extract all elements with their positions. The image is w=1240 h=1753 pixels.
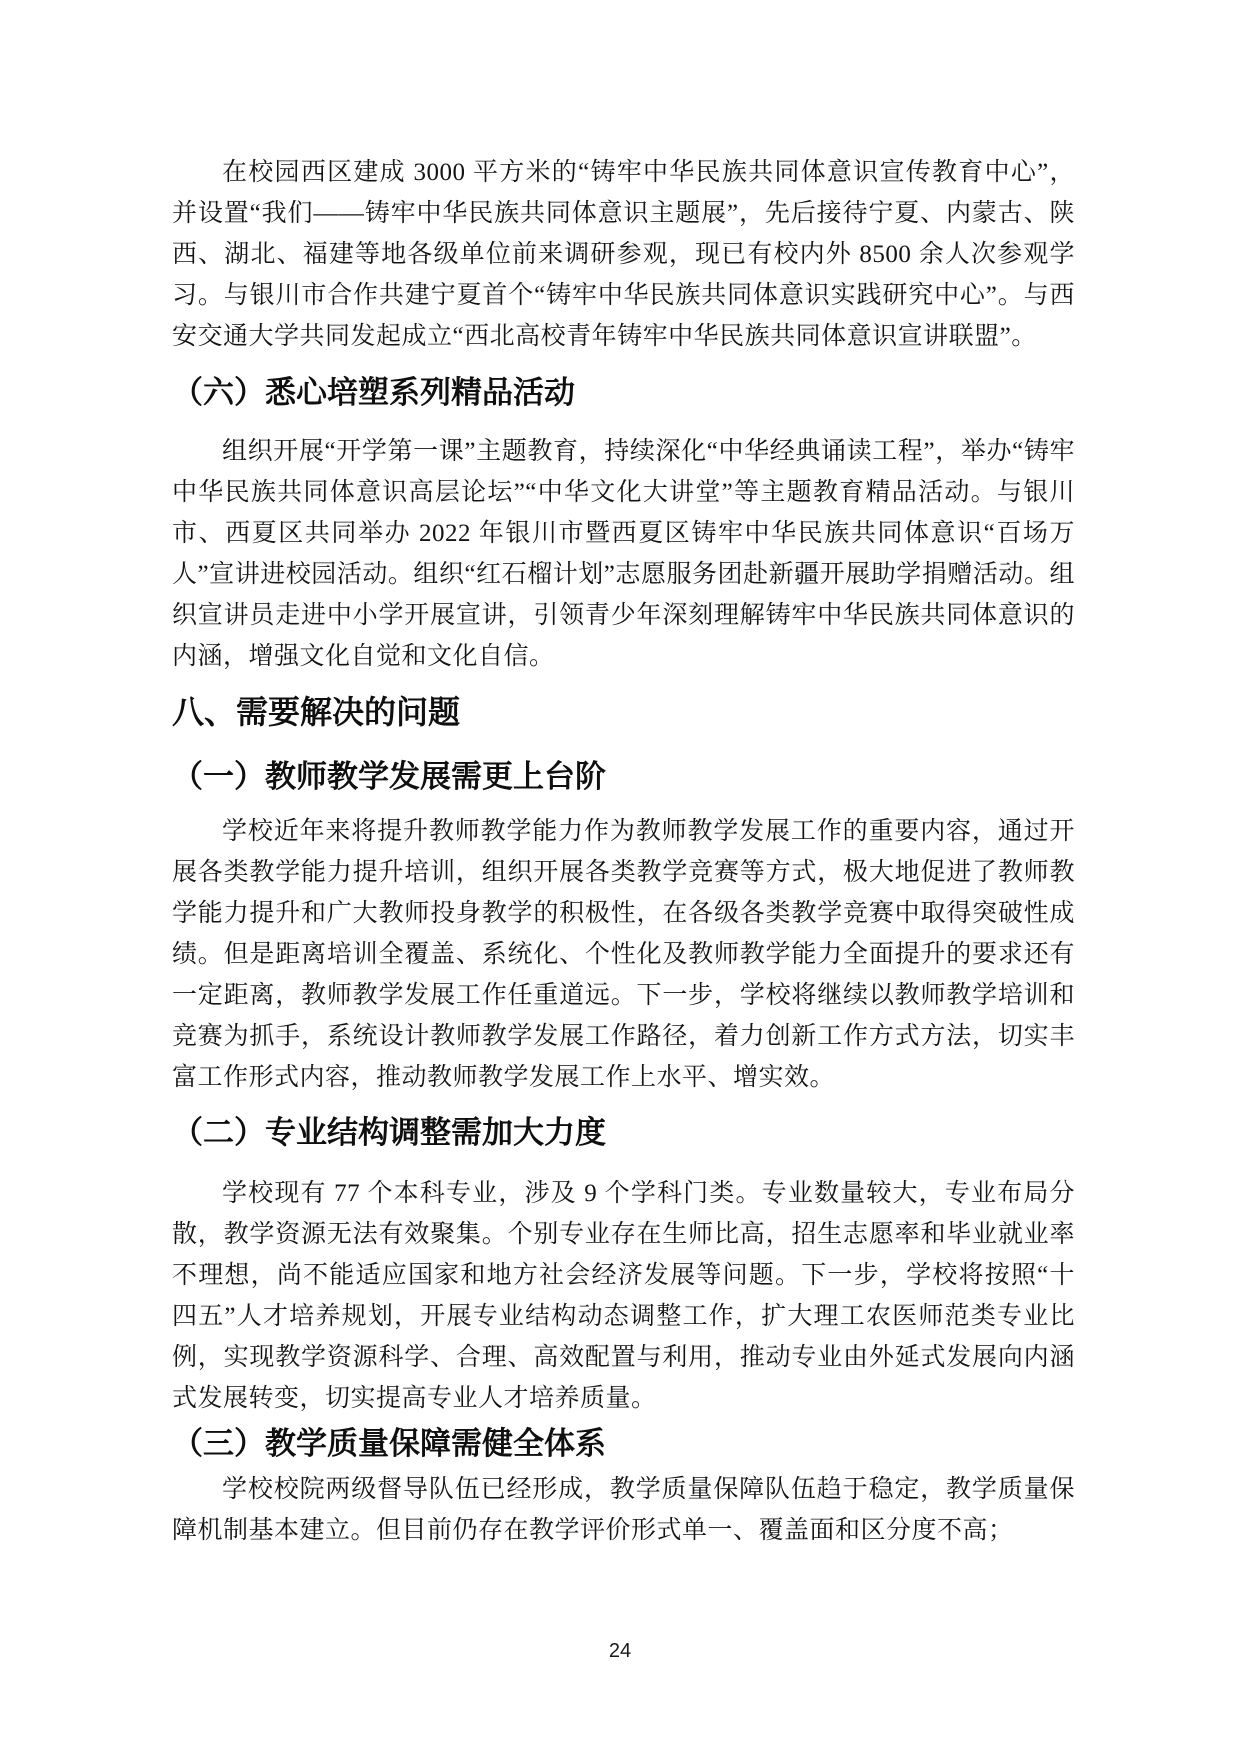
paragraph-propaganda-center: 在校园西区建成 3000 平方米的“铸牢中华民族共同体意识宣传教育中心”，并设置… [172,152,1075,357]
heading-section-2: （二）专业结构调整需加大力度 [172,1111,1075,1155]
heading-section-6: （六）悉心培塑系列精品活动 [172,371,1075,415]
page-footer: 24 [0,1640,1240,1663]
paragraph-teacher-development: 学校近年来将提升教师教学能力作为教师教学发展工作的重要内容，通过开展各类教学能力… [172,811,1075,1098]
paragraph-quality-assurance: 学校校院两级督导队伍已经形成，教学质量保障队伍趋于稳定，教学质量保障机制基本建立… [172,1469,1075,1551]
document-page: 在校园西区建成 3000 平方米的“铸牢中华民族共同体意识宣传教育中心”，并设置… [0,0,1240,1753]
heading-section-1: （一）教师教学发展需更上台阶 [172,755,1075,799]
paragraph-major-structure: 学校现有 77 个本科专业，涉及 9 个学科门类。专业数量较大，专业布局分散，教… [172,1173,1075,1419]
heading-section-3: （三）教学质量保障需健全体系 [172,1422,1075,1466]
page-number: 24 [609,1640,631,1662]
heading-chapter-8: 八、需要解决的问题 [172,689,1075,735]
paragraph-activities: 组织开展“开学第一课”主题教育，持续深化“中华经典诵读工程”，举办“铸牢中华民族… [172,431,1075,677]
